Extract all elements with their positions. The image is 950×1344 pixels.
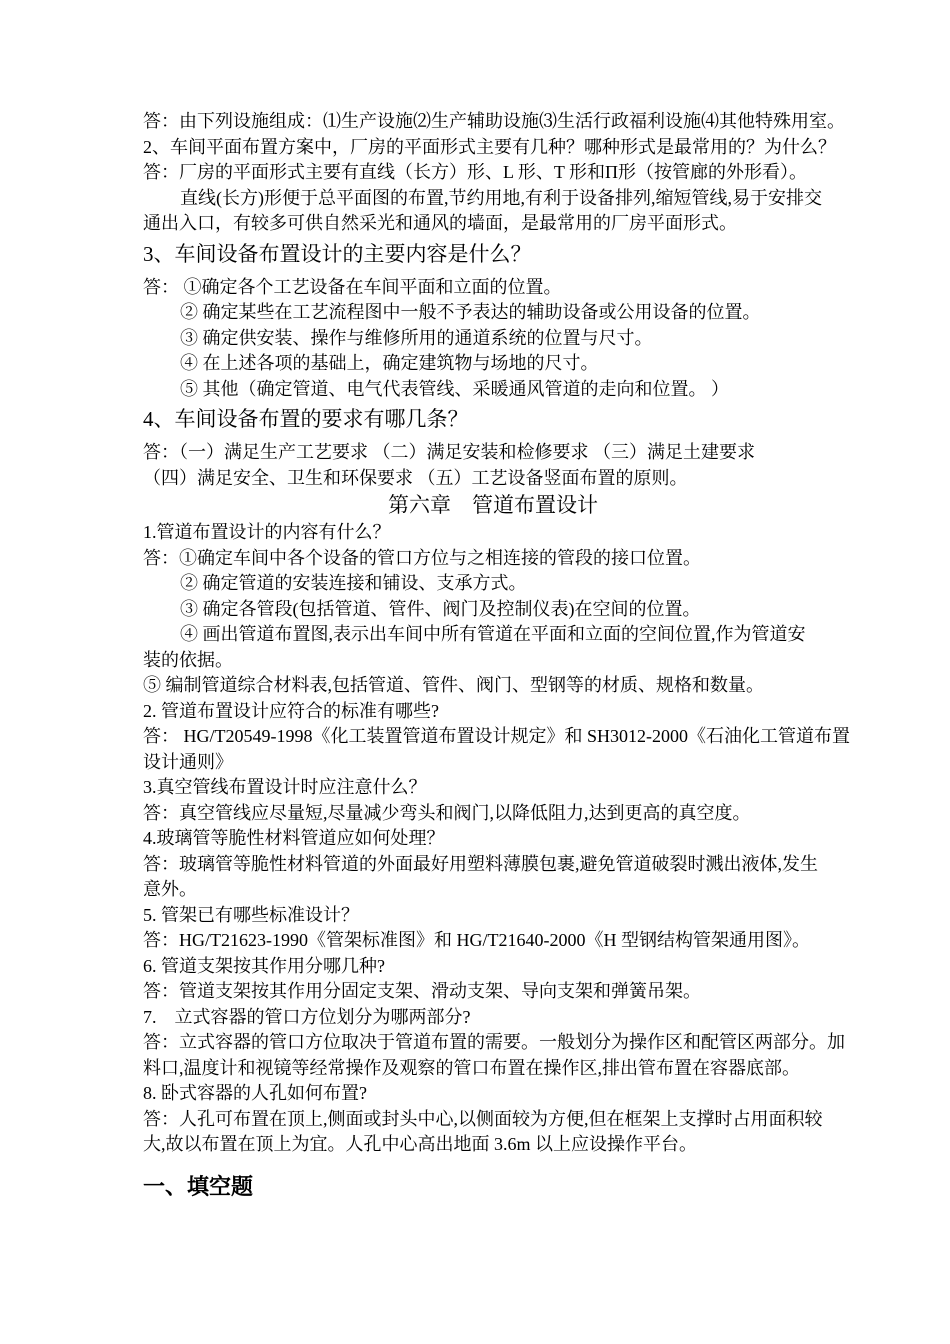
- text-line: 2. 管道布置设计应符合的标准有哪些?: [143, 699, 843, 725]
- text-line: 答： ①确定各个工艺设备在车间平面和立面的位置。: [143, 275, 843, 301]
- document-page: 答：由下列设施组成：⑴生产设施⑵生产辅助设施⑶生活行政福利设施⑷其他特殊用室。2…: [0, 0, 950, 1344]
- text-line: ⑤ 编制管道综合材料表,包括管道、管件、阀门、型钢等的材质、规格和数量。: [143, 673, 843, 699]
- text-line: 答：玻璃管等脆性材料管道的外面最好用塑料薄膜包裹,避免管道破裂时溅出液体,发生: [143, 852, 843, 878]
- text-line: 答：（一）满足生产工艺要求 （二）满足安装和检修要求 （三）满足土建要求: [143, 440, 843, 466]
- text-line: 2、车间平面布置方案中，厂房的平面形式主要有几种？哪种形式是最常用的？为什么？: [143, 135, 843, 161]
- text-line: 答： HG/T20549-1998《化工装置管道布置设计规定》和 SH3012-…: [143, 724, 843, 750]
- text-line: ② 确定某些在工艺流程图中一般不予表达的辅助设备或公用设备的位置。: [143, 300, 843, 326]
- text-line: 意外。: [143, 877, 843, 903]
- text-line: 5. 管架已有哪些标准设计？: [143, 903, 843, 929]
- text-line: ③ 确定供安装、操作与维修所用的通道系统的位置与尺寸。: [143, 326, 843, 352]
- text-line: 答：HG/T21623-1990《管架标准图》和 HG/T21640-2000《…: [143, 928, 843, 954]
- document-body: 答：由下列设施组成：⑴生产设施⑵生产辅助设施⑶生活行政福利设施⑷其他特殊用室。2…: [143, 109, 843, 1202]
- chapter-heading: 第六章 管道布置设计: [143, 491, 843, 520]
- text-line: 答：管道支架按其作用分固定支架、滑动支架、导向支架和弹簧吊架。: [143, 979, 843, 1005]
- text-line: 答：①确定车间中各个设备的管口方位与之相连接的管段的接口位置。: [143, 546, 843, 572]
- text-line: 6. 管道支架按其作用分哪几种?: [143, 954, 843, 980]
- text-line: 通出入口，有较多可供自然采光和通风的墙面，是最常用的厂房平面形式。: [143, 211, 843, 237]
- text-line: 7. 立式容器的管口方位划分为哪两部分?: [143, 1005, 843, 1031]
- question-line: 4、车间设备布置的要求有哪几条？: [143, 404, 843, 434]
- text-line: 4.玻璃管等脆性材料管道应如何处理？: [143, 826, 843, 852]
- text-line: 大,故以布置在顶上为宜。人孔中心高出地面 3.6m 以上应设操作平台。: [143, 1132, 843, 1158]
- text-line: 1.管道布置设计的内容有什么？: [143, 520, 843, 546]
- text-line: 答：人孔可布置在顶上,侧面或封头中心,以侧面较为方便,但在框架上支撑时占用面积较: [143, 1107, 843, 1133]
- text-line: ④ 在上述各项的基础上，确定建筑物与场地的尺寸。: [143, 351, 843, 377]
- text-line: ⑤ 其他（确定管道、电气代表管线、采暖通风管道的走向和位置。 ）: [143, 377, 843, 403]
- text-line: 答：立式容器的管口方位取决于管道布置的需要。一般划分为操作区和配管区两部分。加: [143, 1030, 843, 1056]
- text-line: ③ 确定各管段(包括管道、管件、阀门及控制仪表)在空间的位置。: [143, 597, 843, 623]
- section-heading: 一、填空题: [143, 1172, 843, 1202]
- text-line: 3.真空管线布置设计时应注意什么？: [143, 775, 843, 801]
- text-line: 答：真空管线应尽量短,尽量减少弯头和阀门,以降低阻力,达到更高的真空度。: [143, 801, 843, 827]
- text-line: 装的依据。: [143, 648, 843, 674]
- text-line: （四）满足安全、卫生和环保要求 （五）工艺设备竖面布置的原则。: [143, 466, 843, 492]
- text-line: 答：厂房的平面形式主要有直线（长方）形、L 形、T 形和Π形（按管廊的外形看）。: [143, 160, 843, 186]
- question-line: 3、车间设备布置设计的主要内容是什么？: [143, 239, 843, 269]
- text-line: 直线(长方)形便于总平面图的布置,节约用地,有利于设备排列,缩短管线,易于安排交: [143, 186, 843, 212]
- text-line: 答：由下列设施组成：⑴生产设施⑵生产辅助设施⑶生活行政福利设施⑷其他特殊用室。: [143, 109, 843, 135]
- text-line: 料口,温度计和视镜等经常操作及观察的管口布置在操作区,排出管布置在容器底部。: [143, 1056, 843, 1082]
- text-line: ④ 画出管道布置图,表示出车间中所有管道在平面和立面的空间位置,作为管道安: [143, 622, 843, 648]
- text-line: 设计通则》: [143, 750, 843, 776]
- text-line: 8. 卧式容器的人孔如何布置?: [143, 1081, 843, 1107]
- text-line: ② 确定管道的安装连接和铺设、支承方式。: [143, 571, 843, 597]
